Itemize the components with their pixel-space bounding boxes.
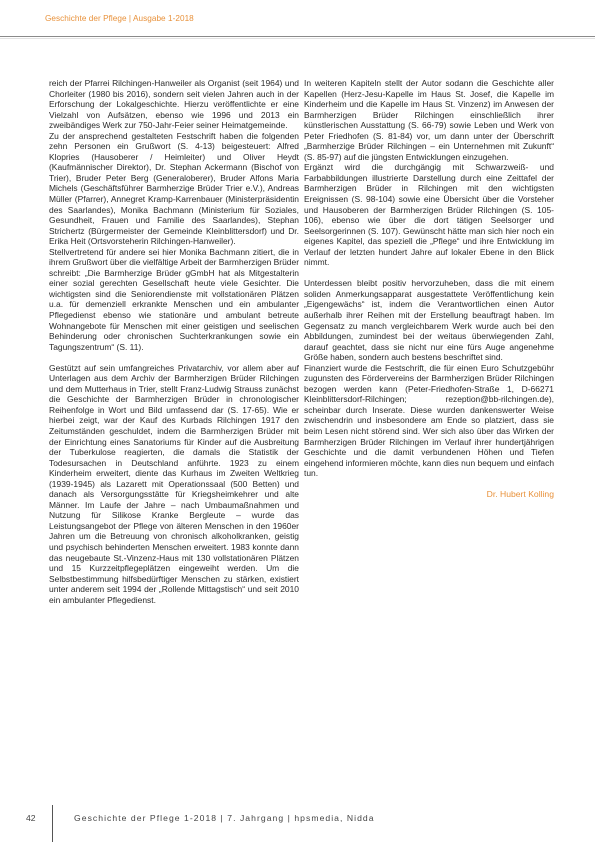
running-head: Geschichte der Pflege | Ausgabe 1-2018: [45, 14, 194, 23]
paragraph-assessment: Unterdessen bleibt positiv hervorzuheben…: [304, 278, 554, 362]
paragraph-greetings: Zu der ansprechend gestalteten Festschri…: [49, 131, 299, 247]
paragraph-timeline: Ergänzt wird die durchgängig mit Schwarz…: [304, 162, 554, 267]
left-column: reich der Pfarrei Rilchingen-Hanweiler a…: [49, 78, 299, 605]
right-column: In weiteren Kapiteln stellt der Autor so…: [304, 78, 554, 499]
header-rule-shadow: [0, 38, 595, 39]
paragraph-financing: Finanziert wurde die Festschrift, die fü…: [304, 363, 554, 479]
paragraph-bachmann-quote: Stellvertretend für andere sei hier Moni…: [49, 247, 299, 352]
paragraph-author-bio: reich der Pfarrei Rilchingen-Hanweiler a…: [49, 78, 299, 131]
paragraph-history: Gestützt auf sein umfangreiches Privatar…: [49, 363, 299, 606]
header-rule: [0, 36, 595, 37]
paragraph-chapels: In weiteren Kapiteln stellt der Autor so…: [304, 78, 554, 162]
footer-text: Geschichte der Pflege 1-2018 | 7. Jahrga…: [74, 813, 375, 823]
page-number: 42: [26, 813, 36, 823]
footer-rule: [52, 805, 53, 842]
author-signature: Dr. Hubert Kolling: [304, 489, 554, 500]
